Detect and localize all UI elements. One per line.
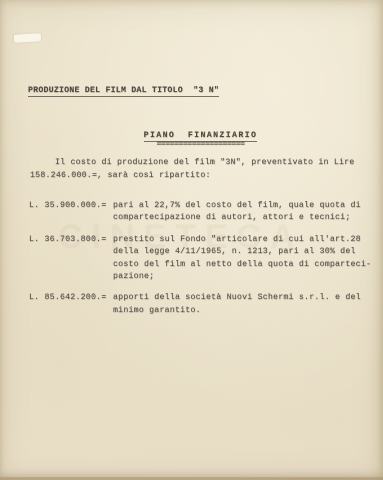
intro-line-1: Il costo di produzione del film "3N", pr… [30, 156, 360, 169]
item-description: pari al 22,7% del costo del film, quale … [113, 200, 361, 225]
paper-blemish [14, 33, 41, 42]
section-heading: PIANO FINANZIARIO ==================== [0, 124, 383, 149]
section-title-underline: ==================== [18, 140, 383, 149]
list-item: L. 36.703.800.= prestito sul Fondo "arti… [29, 234, 359, 284]
item-amount: L. 85.642.200.= [29, 292, 113, 304]
item-amount: L. 35.900.000.= [29, 200, 113, 212]
item-description-line: della legge 4/11/1965, n. 1213, pari al … [113, 246, 371, 258]
item-description-line: pari al 22,7% del costo del film, quale … [113, 200, 361, 212]
list-item: L. 35.900.000.= pari al 22,7% del costo … [29, 200, 359, 225]
item-description-line: apporti della società Nuovi Schermi s.r.… [113, 292, 361, 304]
list-item: L. 85.642.200.= apporti della società Nu… [29, 292, 359, 317]
item-description: apporti della società Nuovi Schermi s.r.… [113, 292, 361, 317]
item-description-line: prestito sul Fondo "articolare di cui al… [113, 234, 371, 246]
item-description-line: costo del film al netto della quota di c… [113, 259, 371, 271]
item-description-line: compartecipazione di autori, attori e te… [113, 212, 361, 224]
intro-line-2: 158.246.000.=, sarà così ripartito: [30, 169, 360, 182]
document-title: PRODUZIONE DEL FILM DAL TITOLO "3 N" [28, 86, 219, 97]
intro-paragraph: Il costo di produzione del film "3N", pr… [30, 156, 360, 182]
cost-breakdown-list: L. 35.900.000.= pari al 22,7% del costo … [29, 200, 359, 326]
item-description-line: pazione; [113, 271, 371, 283]
item-amount: L. 36.703.800.= [29, 234, 113, 246]
item-description: prestito sul Fondo "articolare di cui al… [113, 234, 371, 284]
item-description-line: minimo garantito. [113, 305, 361, 317]
document-page: CINETECA PRODUZIONE DEL FILM DAL TITOLO … [0, 0, 383, 480]
